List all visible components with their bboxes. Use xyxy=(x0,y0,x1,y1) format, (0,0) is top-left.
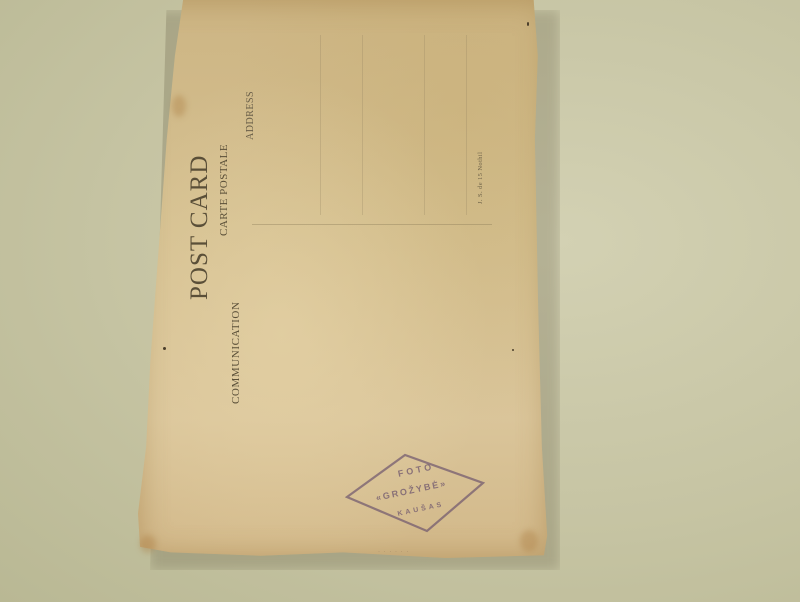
ink-speck xyxy=(527,22,529,26)
address-rule xyxy=(424,35,425,215)
ink-speck xyxy=(163,347,166,350)
address-label: ADDRESS xyxy=(245,91,256,140)
photographer-stamp: FOTO «GROŽYBĖ» KAUŠAS xyxy=(345,453,485,533)
address-rule xyxy=(362,35,363,215)
address-rule xyxy=(466,35,467,215)
printer-mark: J. S. de 15 Nothil xyxy=(477,152,484,204)
communication-label: COMMUNICATION xyxy=(230,301,242,404)
postcard-title: POST CARD xyxy=(186,155,214,300)
ink-speck xyxy=(512,349,514,351)
photo-scene: POST CARD CARTE POSTALE COMMUNICATION AD… xyxy=(0,0,800,602)
postcard-subtitle: CARTE POSTALE xyxy=(218,144,230,236)
edge-stain xyxy=(172,95,186,117)
edge-stain xyxy=(520,530,538,552)
divider-line xyxy=(252,224,492,225)
edge-stain xyxy=(140,535,156,553)
faint-bottom-mark: · · · · · · xyxy=(378,549,409,555)
address-rule xyxy=(320,35,321,215)
